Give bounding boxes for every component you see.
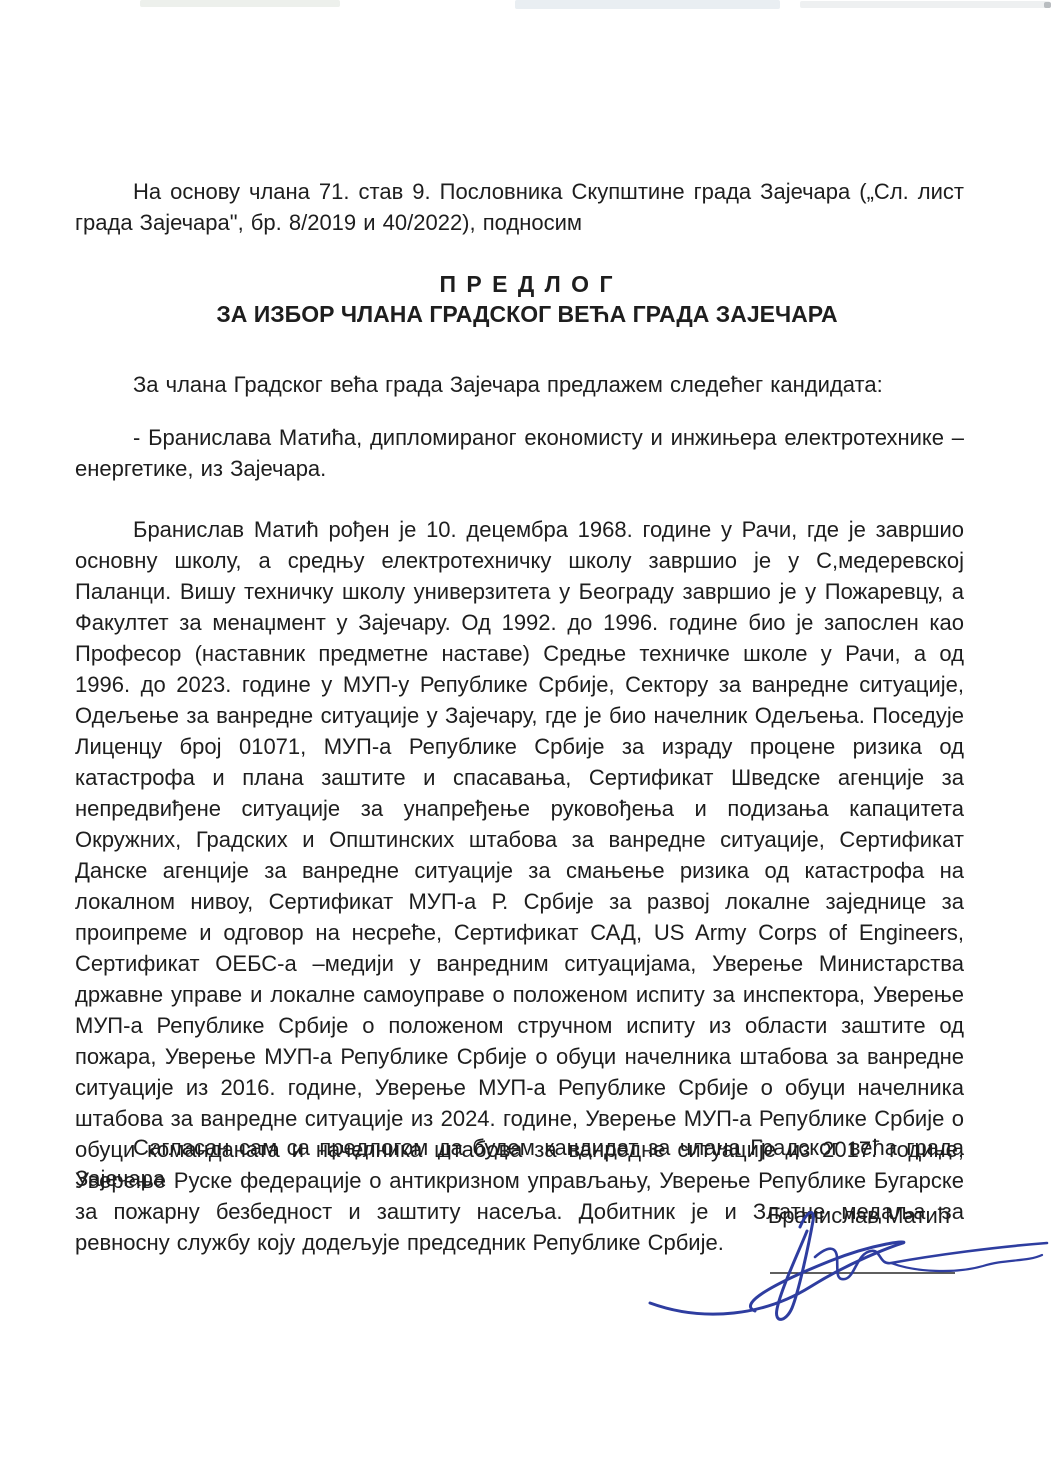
scan-artifact-smudge (515, 0, 780, 9)
proposal-intro-paragraph: За члана Градског већа града Зајечара пр… (75, 369, 964, 400)
consent-paragraph: Сагласан сам са предлогом да будем канди… (75, 1132, 964, 1194)
scan-artifact-smudge (140, 0, 340, 7)
signature-stroke-vertical (777, 1212, 814, 1319)
candidate-paragraph: - Бранислава Матића, дипломираног економ… (75, 422, 964, 484)
scan-artifact-dot (1044, 2, 1051, 8)
document-page: На основу члана 71. став 9. Пословника С… (0, 0, 1054, 1483)
document-subtitle: ЗА ИЗБОР ЧЛАНА ГРАДСКОГ ВЕЋА ГРАДА ЗАЈЕЧ… (0, 301, 1054, 328)
signature-stroke-wave (891, 1255, 1042, 1271)
scan-artifact-smudge (800, 1, 1050, 8)
signature-image (615, 1195, 1054, 1335)
legal-basis-paragraph: На основу члана 71. став 9. Пословника С… (75, 176, 964, 238)
document-title: П Р Е Д Л О Г (0, 271, 1054, 298)
